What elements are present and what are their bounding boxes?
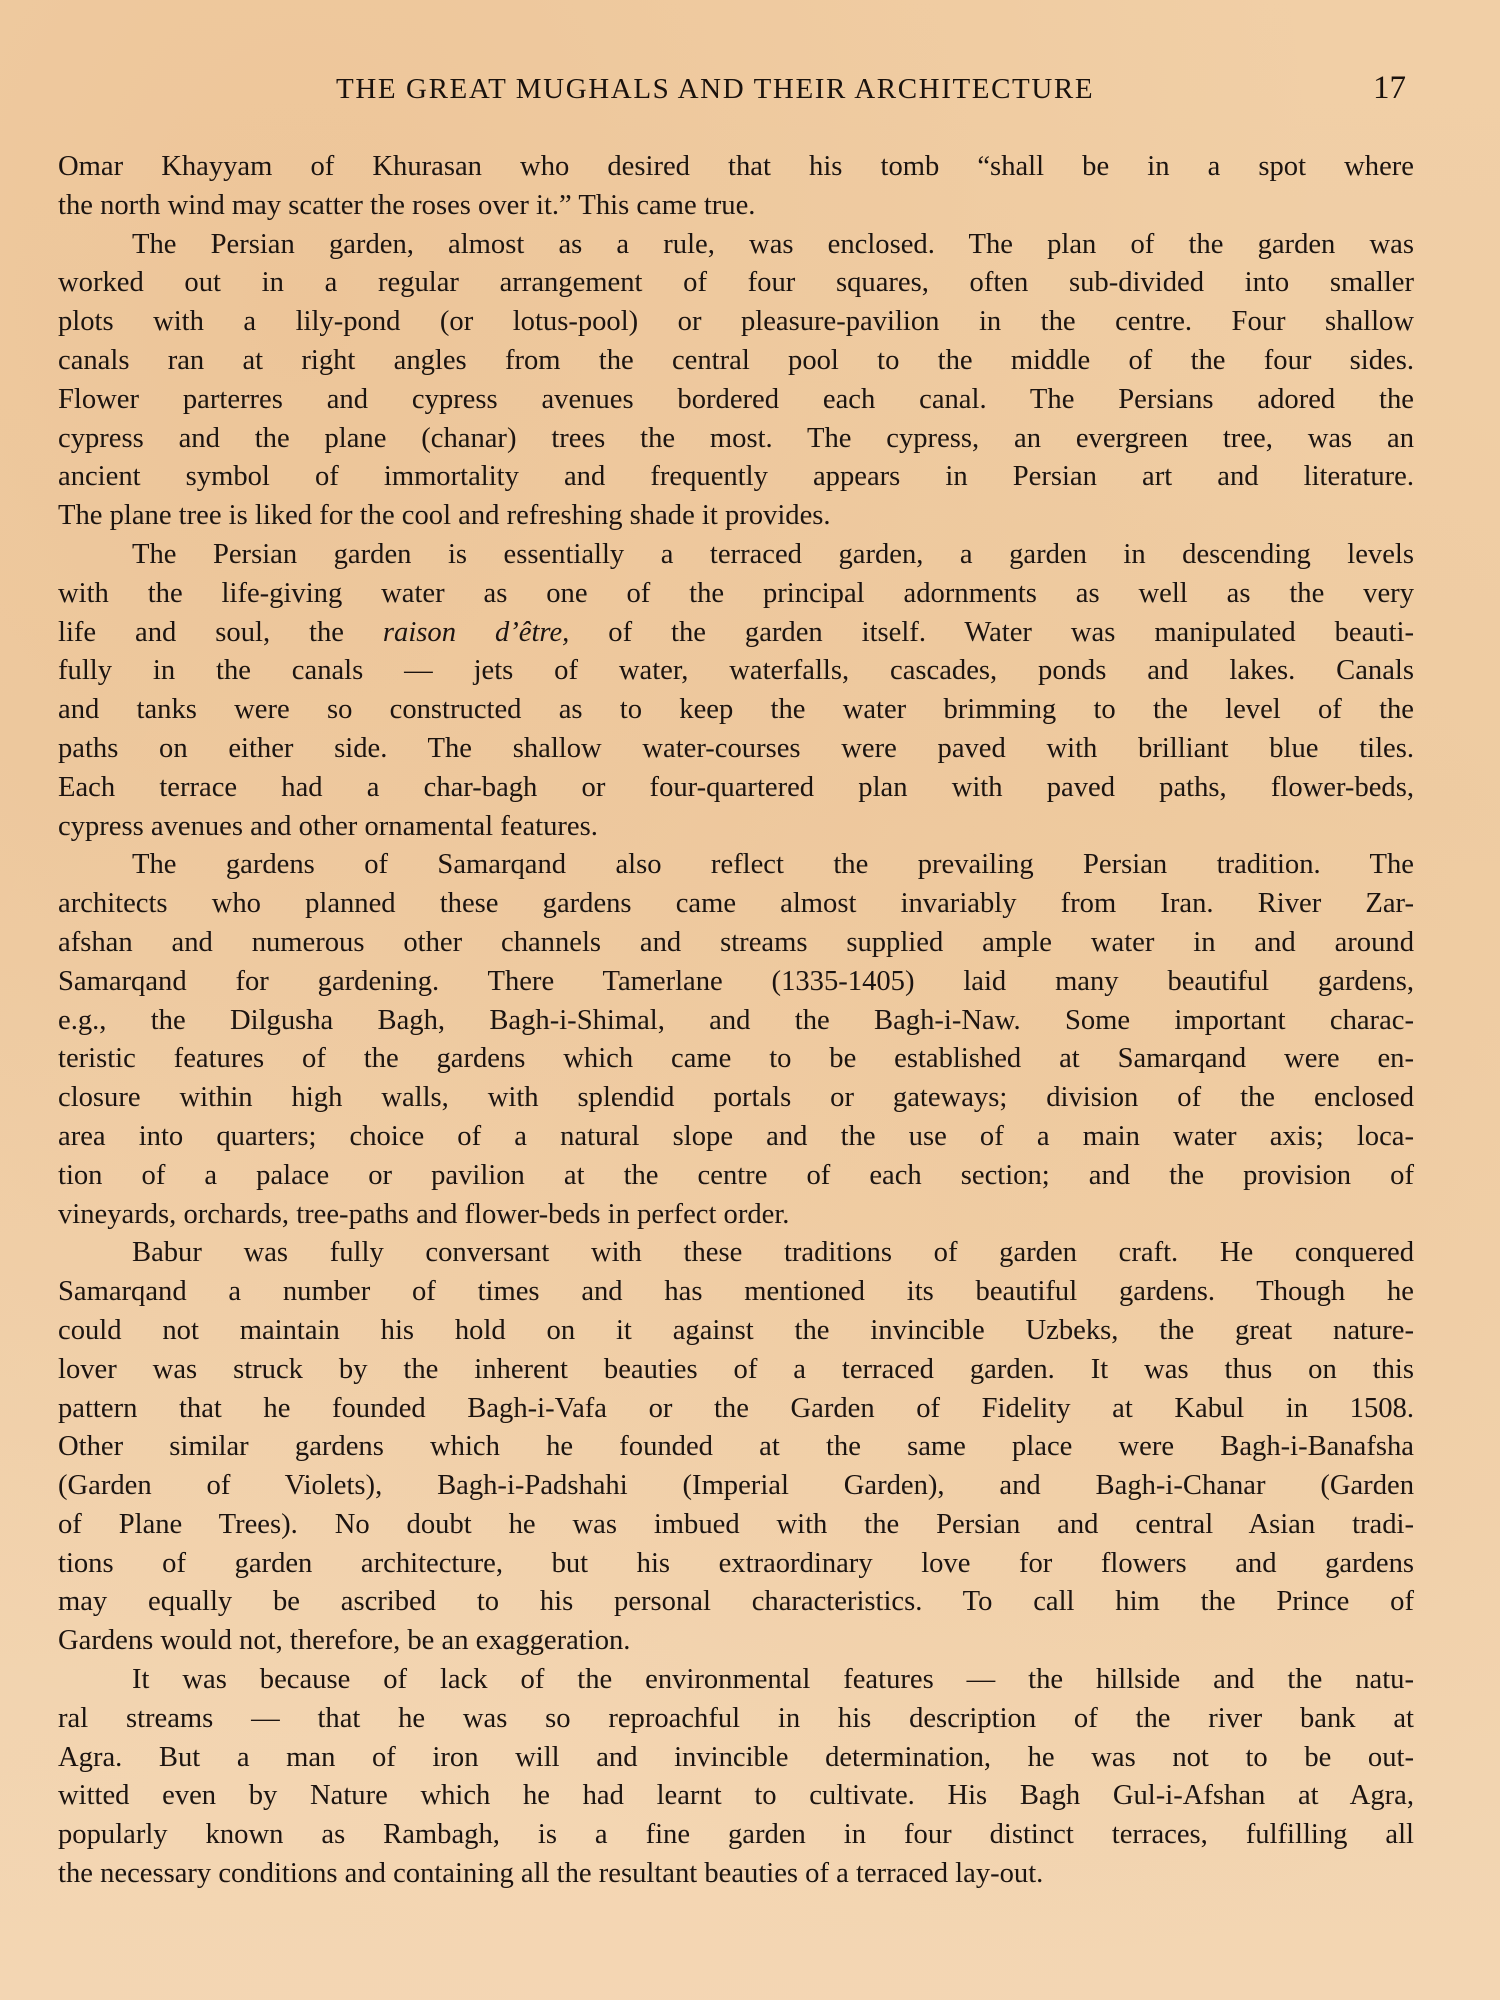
text-line: Agra. But a man of iron will and invinci…	[58, 1739, 1414, 1778]
book-page: THE GREAT MUGHALS AND THEIR ARCHITECTURE…	[0, 0, 1500, 2000]
text-line: Babur was fully conversant with these tr…	[58, 1234, 1414, 1273]
body-text: Omar Khayyam of Khurasan who desired tha…	[58, 148, 1414, 1894]
text-line: Flower parterres and cypress avenues bor…	[58, 381, 1414, 420]
running-title: THE GREAT MUGHALS AND THEIR ARCHITECTURE	[336, 73, 1094, 106]
text-line: worked out in a regular arrangement of f…	[58, 264, 1414, 303]
text-line: architects who planned these gardens cam…	[58, 885, 1414, 924]
text-line: cypress avenues and other ornamental fea…	[58, 808, 1414, 847]
paragraph: The Persian garden is essentially a terr…	[58, 536, 1414, 846]
text-line: The Persian garden, almost as a rule, wa…	[58, 226, 1414, 265]
text-line: popularly known as Rambagh, is a fine ga…	[58, 1816, 1414, 1855]
text-line: teristic features of the gardens which c…	[58, 1040, 1414, 1079]
italic-phrase: raison d’être,	[383, 617, 569, 648]
text-line: life and soul, the raison d’être, of the…	[58, 614, 1414, 653]
text-line: e.g., the Dilgusha Bagh, Bagh-i-Shimal, …	[58, 1002, 1414, 1041]
text-line: canals ran at right angles from the cent…	[58, 342, 1414, 381]
text-line: area into quarters; choice of a natural …	[58, 1118, 1414, 1157]
paragraph: It was because of lack of the environmen…	[58, 1661, 1414, 1894]
text-line: witted even by Nature which he had learn…	[58, 1777, 1414, 1816]
text-line: Each terrace had a char-bagh or four-qua…	[58, 769, 1414, 808]
text-line: The plane tree is liked for the cool and…	[58, 497, 1414, 536]
text-line: cypress and the plane (chanar) trees the…	[58, 420, 1414, 459]
paragraph: Babur was fully conversant with these tr…	[58, 1234, 1414, 1661]
text-line: may equally be ascribed to his personal …	[58, 1583, 1414, 1622]
paragraph: The Persian garden, almost as a rule, wa…	[58, 226, 1414, 536]
text-line: lover was struck by the inherent beautie…	[58, 1351, 1414, 1390]
text-line: paths on either side. The shallow water-…	[58, 730, 1414, 769]
paragraph: Omar Khayyam of Khurasan who desired tha…	[58, 148, 1414, 226]
text-line: of Plane Trees). No doubt he was imbued …	[58, 1506, 1414, 1545]
text-line: ancient symbol of immortality and freque…	[58, 458, 1414, 497]
text-line: Other similar gardens which he founded a…	[58, 1428, 1414, 1467]
text-line: Samarqand for gardening. There Tamerlane…	[58, 963, 1414, 1002]
text-line: ral streams — that he was so reproachful…	[58, 1700, 1414, 1739]
text-line: plots with a lily-pond (or lotus-pool) o…	[58, 303, 1414, 342]
page-number: 17	[1373, 70, 1406, 107]
text-line: fully in the canals — jets of water, wat…	[58, 652, 1414, 691]
text-line: pattern that he founded Bagh-i-Vafa or t…	[58, 1390, 1414, 1429]
text-line: vineyards, orchards, tree-paths and flow…	[58, 1196, 1414, 1235]
text-line: Samarqand a number of times and has ment…	[58, 1273, 1414, 1312]
text-line: The gardens of Samarqand also reflect th…	[58, 846, 1414, 885]
text-line: and tanks were so constructed as to keep…	[58, 691, 1414, 730]
text-line: the north wind may scatter the roses ove…	[58, 187, 1414, 226]
text-line: It was because of lack of the environmen…	[58, 1661, 1414, 1700]
running-head: THE GREAT MUGHALS AND THEIR ARCHITECTURE…	[336, 70, 1406, 107]
text-line: with the life-giving water as one of the…	[58, 575, 1414, 614]
text-line: Gardens would not, therefore, be an exag…	[58, 1622, 1414, 1661]
text-line: The Persian garden is essentially a terr…	[58, 536, 1414, 575]
text-line: afshan and numerous other channels and s…	[58, 924, 1414, 963]
paragraph: The gardens of Samarqand also reflect th…	[58, 846, 1414, 1234]
text-line: (Garden of Violets), Bagh-i-Padshahi (Im…	[58, 1467, 1414, 1506]
text-line: Omar Khayyam of Khurasan who desired tha…	[58, 148, 1414, 187]
text-line: tions of garden architecture, but his ex…	[58, 1545, 1414, 1584]
text-line: tion of a palace or pavilion at the cent…	[58, 1157, 1414, 1196]
text-line: could not maintain his hold on it agains…	[58, 1312, 1414, 1351]
text-line: closure within high walls, with splendid…	[58, 1079, 1414, 1118]
text-line: the necessary conditions and containing …	[58, 1855, 1414, 1894]
